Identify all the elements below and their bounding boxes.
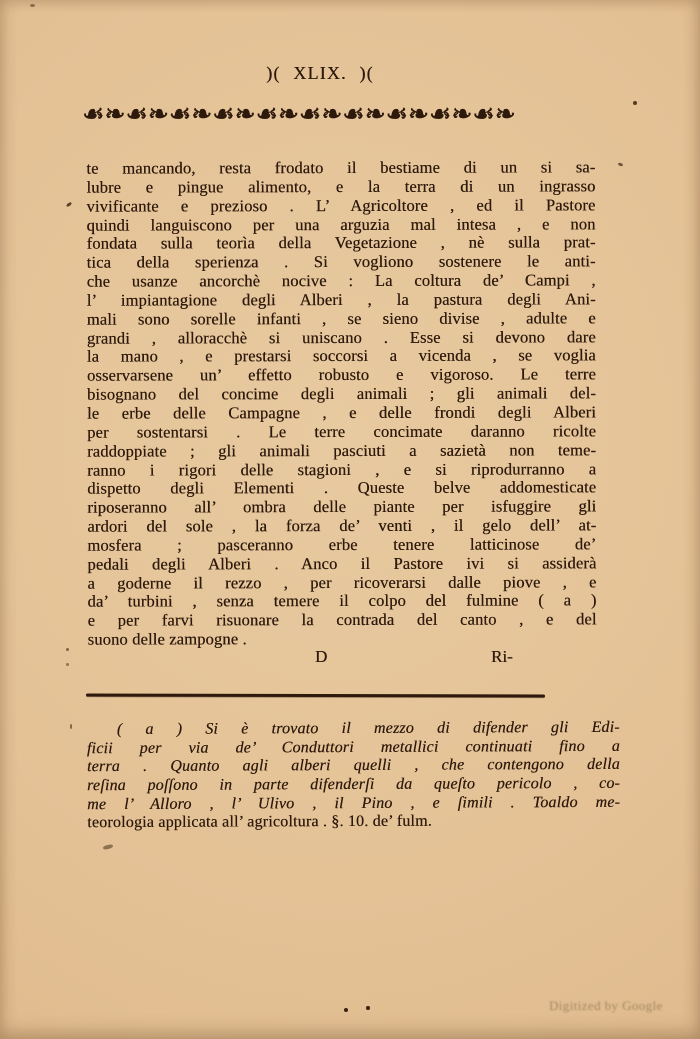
footnote: ( a ) Si è trovato il mezzo di difender …	[87, 719, 620, 833]
body-line: ranno i rigori delle stagioni , e si rip…	[87, 460, 596, 480]
footnote-rule	[86, 694, 545, 698]
catchword: Ri-	[491, 647, 513, 667]
body-line: grandi , alloracchè si uniscano . Esse s…	[87, 328, 596, 348]
body-line: lubre e pingue alimento, e la terra di u…	[86, 177, 595, 197]
body-line: suono delle zampogne .	[88, 629, 597, 649]
body-line: pedali degli Alberi . Anco il Pastore iv…	[87, 554, 596, 574]
ink-speck	[103, 844, 114, 850]
body-line: ardori del sole , la forza de’ venti , i…	[87, 516, 596, 536]
body-line: a goderne il rezzo , per ricoverarsi dal…	[87, 573, 596, 593]
body-line: da’ turbini , senza temere il colpo del …	[87, 592, 596, 612]
body-line: raddoppiate ; gli animali pasciuti a saz…	[87, 441, 596, 461]
fleuron-ornament-band: ☙❧☙❧☙❧☙❧☙❧☙❧☙❧☙❧☙❧☙❧	[82, 94, 548, 134]
ink-speck	[366, 1006, 370, 1010]
body-line: le erbe delle Campagne , e delle frondi …	[87, 403, 596, 423]
digitized-by-google-watermark: Digitized by Google	[549, 998, 694, 1014]
signature-mark: D	[315, 647, 327, 667]
footnote-line: terra . Quanto agli alberi quelli , che …	[87, 756, 620, 777]
ink-speck	[66, 663, 69, 666]
ink-speck	[618, 162, 624, 167]
body-text: te mancando, resta frodato il bestiame d…	[86, 158, 596, 649]
body-line: e per farvi risuonare la contrada del ca…	[88, 611, 597, 631]
body-line: riposeranno all’ ombra delle piante per …	[87, 498, 596, 518]
ink-speck	[30, 4, 35, 7]
body-line: tica della sperienza . Si vogliono soste…	[87, 253, 596, 273]
body-line: dispetto degli Elementi . Queste belve a…	[87, 479, 596, 499]
footnote-line: teorologia applicata all’ agricoltura . …	[87, 812, 620, 833]
footnote-line: reſina poſſono in parte difenderſi da qu…	[87, 775, 620, 796]
body-line: vivificante e prezioso . L’ Agricoltore …	[86, 196, 595, 216]
body-line: te mancando, resta frodato il bestiame d…	[86, 158, 595, 178]
body-line: bisognano del concime degli animali ; gl…	[87, 384, 596, 404]
ink-speck	[66, 648, 69, 651]
page-number-heading: )( XLIX. )(	[0, 63, 640, 84]
footnote-line: me l’ Alloro , l’ Ulivo , il Pino , e ſi…	[87, 794, 620, 815]
body-line: fondata sulla teorìa della Vegetazione ,…	[87, 234, 596, 254]
body-line: quindi languiscono per una arguzia mal i…	[87, 215, 596, 235]
body-line: l’ impiantagione degli Alberi , la pastu…	[87, 290, 596, 310]
ink-speck	[70, 724, 72, 729]
ink-speck	[66, 202, 73, 208]
body-line: che usanze ancorchè nocive : La coltura …	[87, 271, 596, 291]
ink-speck	[633, 101, 637, 105]
ink-speck	[344, 1008, 348, 1012]
footnote-line: ( a ) Si è trovato il mezzo di difender …	[87, 719, 620, 740]
body-line: la mano , e prestarsi soccorsi a vicenda…	[87, 347, 596, 367]
body-line: osservarsene un’ effetto robusto e vigor…	[87, 366, 596, 386]
footnote-line: ficii per via de’ Conduttori metallici c…	[87, 738, 620, 759]
book-page-scan: )( XLIX. )( ☙❧☙❧☙❧☙❧☙❧☙❧☙❧☙❧☙❧☙❧ te manc…	[0, 0, 700, 1039]
body-line: per sostentarsi . Le terre concimate dar…	[87, 422, 596, 442]
body-line: mali sono sorelle infanti , se sieno div…	[87, 309, 596, 329]
body-line: mosfera ; pasceranno erbe tenere lattici…	[87, 535, 596, 555]
